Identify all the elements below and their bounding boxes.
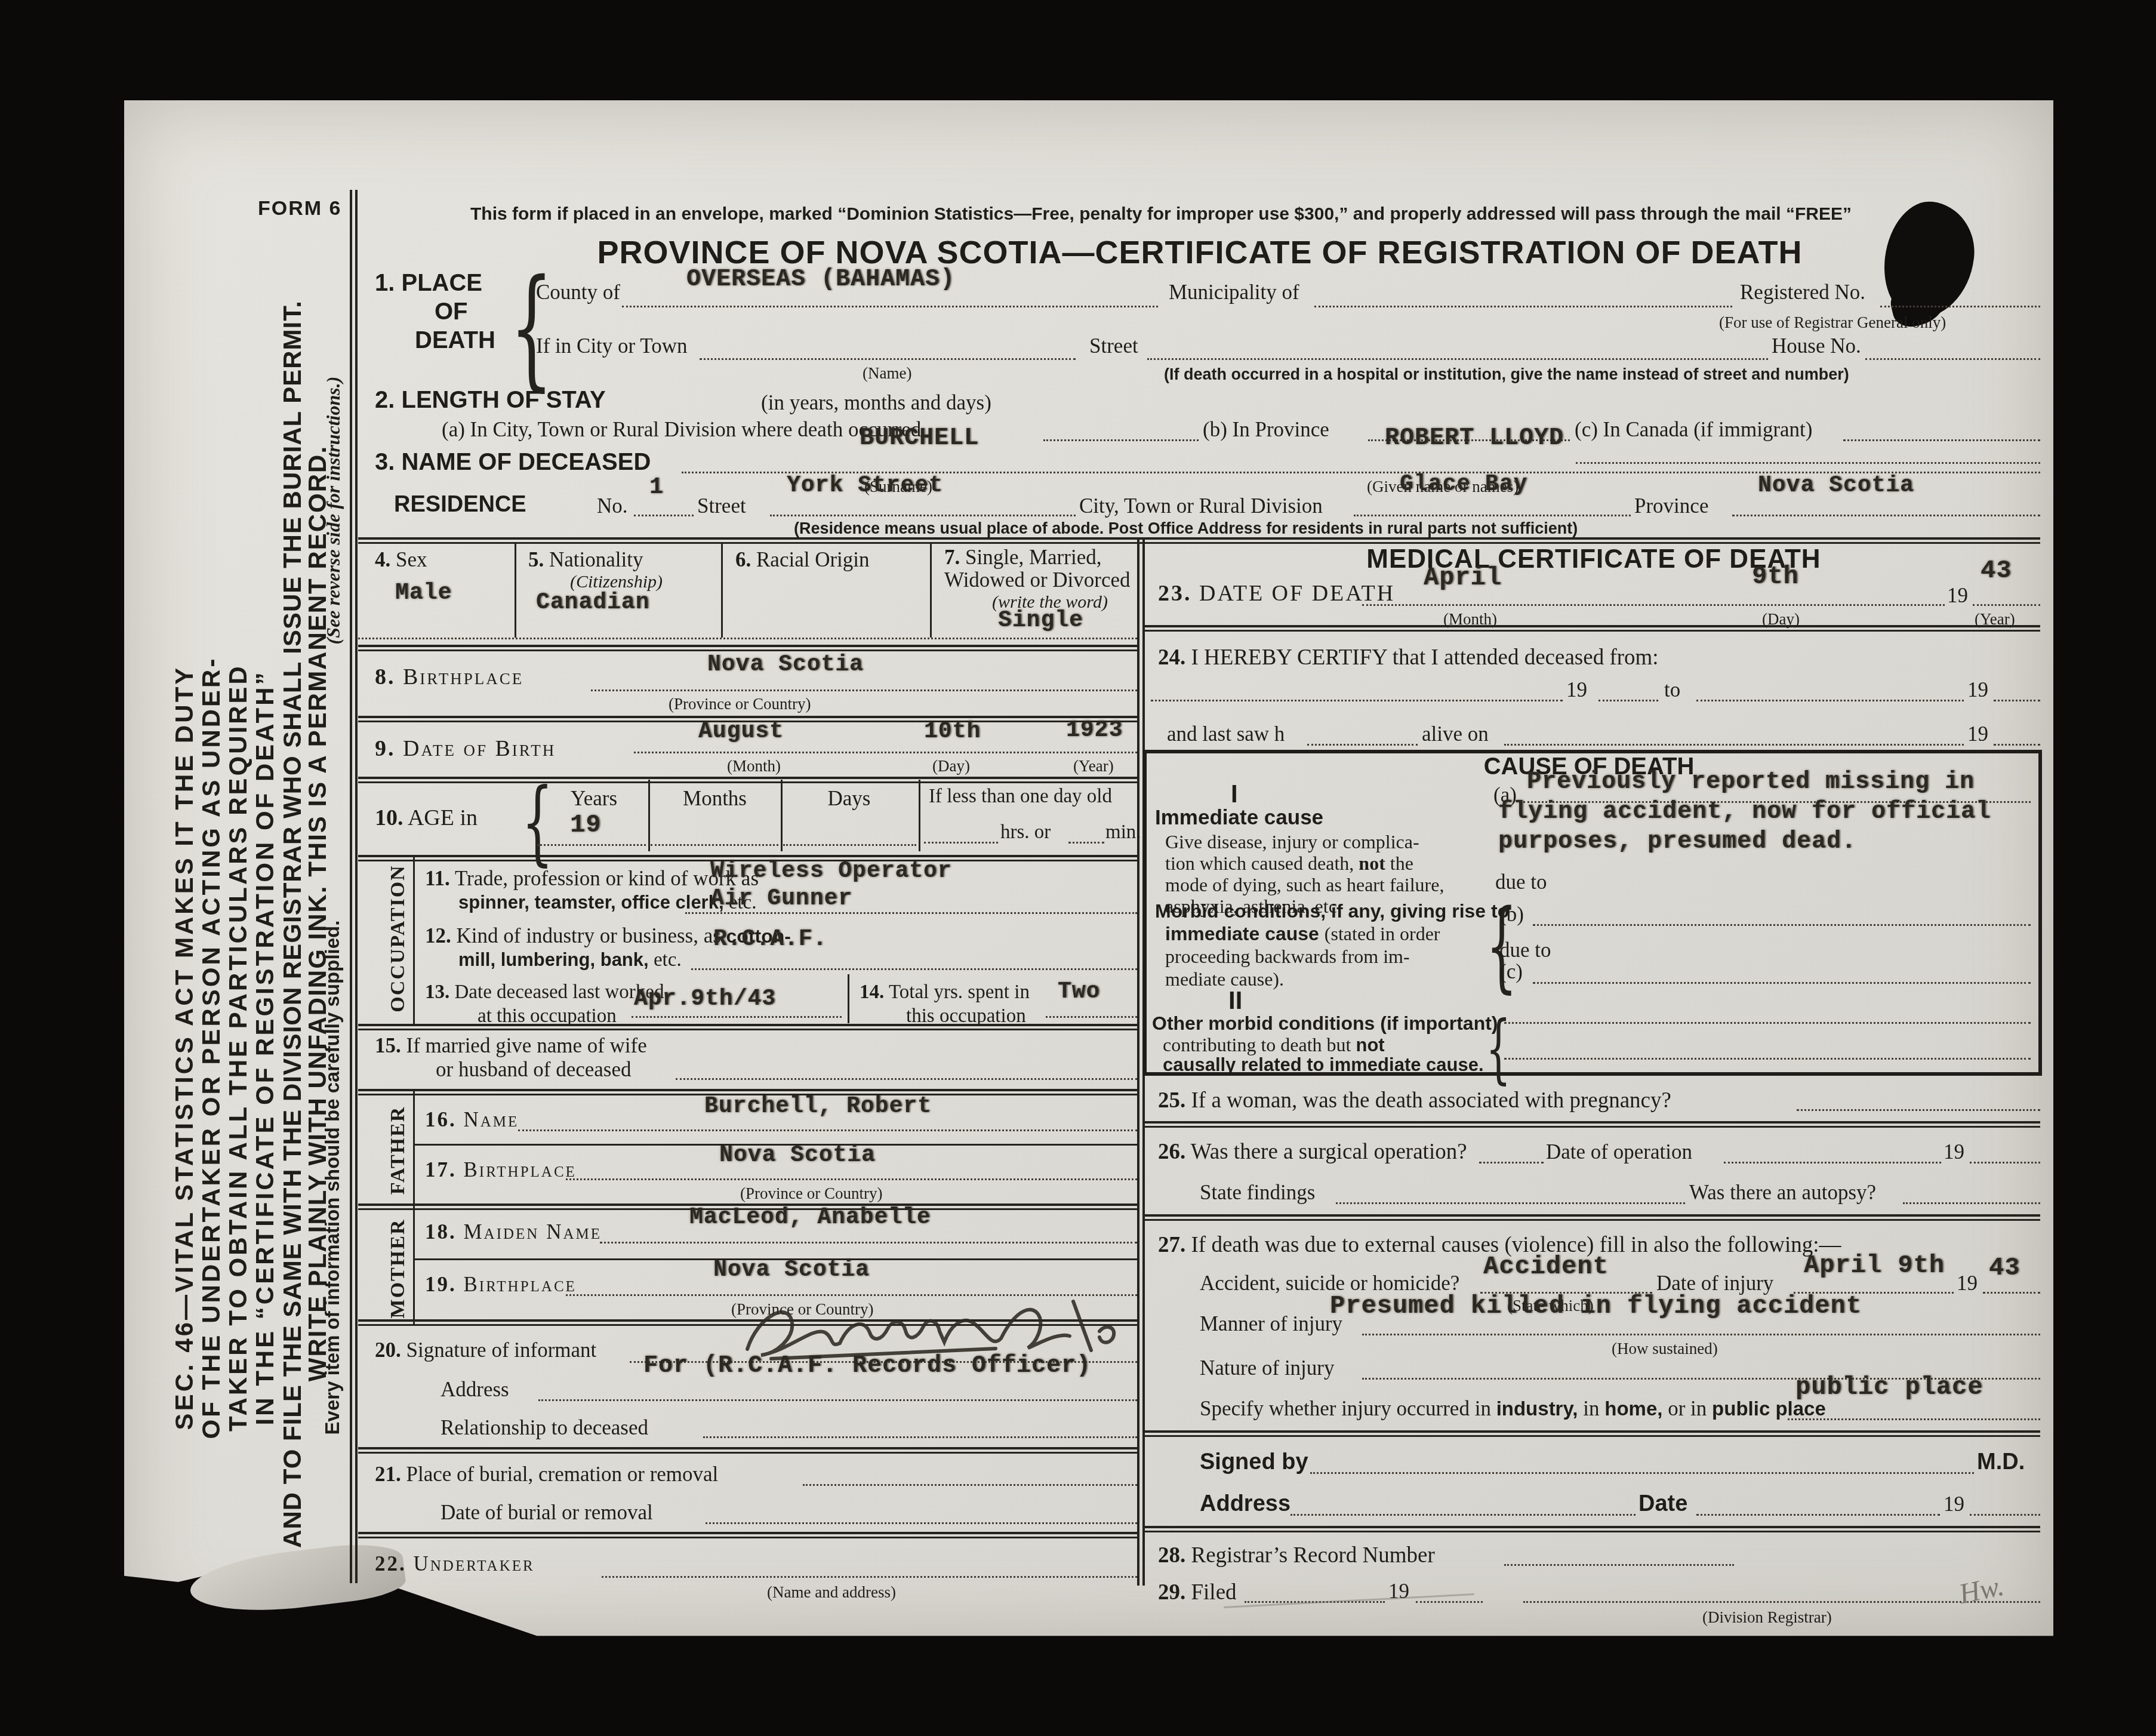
signed-by-line	[1310, 1472, 1974, 1474]
field17-label: 17. Birthplace	[425, 1158, 577, 1182]
field16-label: 16. Name	[425, 1108, 519, 1132]
field8-label: 8. Birthplace	[375, 664, 523, 690]
stay-b-label: (b) In Province	[1203, 418, 1329, 442]
field24-dots5	[1307, 744, 1418, 746]
city-town-label: If in City or Town	[536, 334, 688, 358]
field8-line	[591, 690, 1137, 691]
stay-c-label: (c) In Canada (if immigrant)	[1575, 418, 1812, 442]
field27-dots6	[1788, 1418, 2040, 1420]
cause-morbid-line3: proceeding backwards from im-	[1165, 946, 1410, 968]
father-birthplace-value: Nova Scotia	[719, 1143, 876, 1168]
occupation-divider	[358, 1024, 1137, 1030]
field15-label-line1: 15. If married give name of wife	[375, 1034, 647, 1058]
field24-from-line	[1151, 700, 1563, 701]
registered-no-note: (For use of Registrar General only)	[1719, 313, 1946, 332]
father-group-label: FATHER	[387, 1094, 409, 1207]
field11-line	[685, 912, 1137, 914]
residence-city-value: Glace Bay	[1400, 472, 1527, 497]
cause-dueto2: due to	[1499, 938, 1551, 962]
field9-label: 9. Date of Birth	[375, 735, 556, 762]
age-col-line	[651, 844, 778, 846]
house-no-line	[1865, 358, 2040, 360]
residence-province-label: Province	[1634, 494, 1708, 518]
cause-other-brace: {	[1486, 1006, 1511, 1093]
field24-dots2	[1598, 700, 1658, 701]
sex-value: Male	[395, 580, 452, 606]
field1-label-line3: DEATH	[415, 327, 495, 354]
field5-sub: (Citizenship)	[570, 572, 663, 592]
field14-label-line1: 14. Total yrs. spent in	[860, 981, 1030, 1004]
field24-dots7	[1994, 744, 2040, 746]
sidebar-duty-line4: IN THE “CERTIFICATE OF REGISTRATION OF D…	[251, 567, 279, 1528]
cause-immediate-label: Immediate cause	[1155, 806, 1323, 830]
signed-by-label: Signed by	[1200, 1449, 1308, 1475]
cause-other-line-a	[1504, 1022, 2031, 1024]
trade-value-line1: Wireless Operator	[710, 858, 952, 884]
residence-street-value: York Street	[787, 473, 943, 498]
field24-y1: 19	[1566, 678, 1587, 702]
field14-line	[1046, 1016, 1137, 1018]
occupation-group-label: OCCUPATION	[387, 857, 409, 1020]
field11-label-line1: 11. Trade, profession or kind of work as	[425, 867, 759, 891]
age-hrs-line	[924, 842, 998, 844]
field29-pre: 19	[1388, 1580, 1409, 1603]
age-years-label: Years	[543, 787, 645, 811]
field25-divider	[1145, 1121, 2040, 1128]
residence-city-label: City, Town or Rural Division	[1079, 494, 1323, 518]
field24-dots4	[1994, 700, 2040, 701]
signed-year-line	[1970, 1514, 2040, 1516]
field7-label-line2: Widowed or Divorced	[944, 568, 1131, 592]
field27-specify-label: Specify whether injury occurred in indus…	[1200, 1397, 1826, 1421]
sidebar-duty-line1: SEC. 46—VITAL STATISTICS ACT MAKES IT TH…	[170, 567, 199, 1528]
field27-how-note: (How sustained)	[1612, 1340, 1718, 1358]
field26-divider	[1145, 1214, 2040, 1221]
residence-no-label: No.	[597, 494, 628, 518]
cause-a-value-line2: flying accident, now for official	[1498, 799, 1991, 826]
field22-label: 22. Undertaker	[375, 1552, 535, 1576]
registered-no-label: Registered No.	[1740, 281, 1865, 304]
given-name-value: ROBERT LLOYD	[1385, 425, 1564, 452]
mother-maiden-name-value: MacLeod, Anabelle	[689, 1205, 931, 1230]
residence-note: (Residence means usual place of abode. P…	[794, 519, 1578, 538]
cause-other-line2: contributing to death but not	[1163, 1034, 1385, 1056]
nationality-value: Canadian	[536, 590, 649, 615]
field29-label: 29. Filed	[1158, 1580, 1237, 1605]
form-number: FORM 6	[258, 197, 341, 220]
field26-dots5	[1903, 1202, 2040, 1204]
row4-line	[358, 638, 1137, 639]
field27-nature-label: Nature of injury	[1200, 1356, 1334, 1380]
county-label: County of	[536, 281, 620, 304]
street-label: Street	[1089, 334, 1138, 358]
cause-other-line1: Other morbid conditions (if important)	[1152, 1012, 1498, 1035]
field5-label: 5. Nationality	[528, 548, 643, 572]
specify-value: public place	[1795, 1373, 1983, 1402]
field25-line	[1797, 1109, 2040, 1111]
city-town-line	[700, 358, 1076, 360]
field18-label: 18. Maiden Name	[425, 1220, 602, 1244]
field8-note: (Province or Country)	[669, 695, 811, 713]
form-left-border	[350, 190, 358, 1583]
field26-label: 26. Was there a surgical operation?	[1158, 1139, 1467, 1165]
field26-pre: 19	[1944, 1140, 1964, 1164]
cell-divider	[930, 542, 932, 638]
field27-divider	[1145, 1430, 2040, 1437]
age-min-label: min.	[1105, 821, 1141, 844]
field2-label: 2. LENGTH OF STAY	[375, 387, 606, 414]
sidebar-duty-line5: AND TO FILE THE SAME WITH THE DIVISION R…	[278, 291, 307, 1557]
industry-value: R.C.A.F.	[713, 927, 827, 952]
sidebar-duty-line3: TAKER TO OBTAIN ALL THE PARTICULARS REQU…	[224, 567, 252, 1528]
age-days-label: Days	[788, 787, 910, 811]
division-registrar-note: (Division Registrar)	[1702, 1608, 1832, 1627]
field25-label: 25. If a woman, was the death associated…	[1158, 1088, 1671, 1113]
field12-line	[691, 968, 1137, 970]
age-divider	[648, 780, 650, 851]
cause-a-value-line1: Previously reported missing in	[1527, 769, 1975, 796]
cause-roman-i: I	[1231, 780, 1238, 808]
field20-divider	[358, 1447, 1137, 1454]
residence-line1	[634, 515, 694, 516]
cause-b-line	[1533, 924, 2031, 926]
municipality-line	[1314, 306, 1732, 307]
field24-alive: alive on	[1422, 722, 1489, 746]
registered-no-line	[1880, 306, 2040, 307]
cause-other-line3: causally related to immediate cause.	[1163, 1054, 1484, 1076]
manner-value: Presumed killed in flying accident	[1330, 1292, 1862, 1321]
field20-label: 20. Signature of informant	[375, 1338, 596, 1362]
field27-dots3	[1983, 1292, 2040, 1294]
field26-dots1	[1479, 1162, 1544, 1164]
age-min-line	[1068, 842, 1104, 844]
municipality-label: Municipality of	[1169, 281, 1299, 304]
county-value: OVERSEAS (BAHAMAS)	[686, 266, 955, 293]
cause-b-label: (b)	[1499, 903, 1524, 927]
field24-y2: 19	[1967, 678, 1988, 702]
field23-line	[1362, 604, 1945, 606]
mother-group-label: MOTHER	[387, 1212, 409, 1325]
cause-roman-ii: II	[1228, 986, 1242, 1015]
field27-dots4	[1362, 1334, 2040, 1335]
marital-status-value: Single	[998, 608, 1083, 633]
field13-label-line1: 13. Date deceased last worked	[425, 981, 664, 1004]
page-title: PROVINCE OF NOVA SCOTIA—CERTIFICATE OF R…	[358, 234, 2041, 271]
residence-street-label: Street	[697, 494, 746, 518]
signed-date-label: Date	[1638, 1491, 1687, 1517]
field18-line	[600, 1242, 1137, 1243]
field23-label: 23. DATE OF DEATH	[1158, 580, 1395, 607]
cause-morbid-line1: Morbid conditions, if any, giving rise t…	[1155, 900, 1509, 922]
death-month-value: April	[1424, 564, 1502, 592]
birth-year-value: 1923	[1066, 718, 1123, 743]
cell-divider	[721, 542, 723, 638]
city-town-name-note: (Name)	[863, 364, 911, 383]
field9-day-note: (Day)	[932, 757, 970, 775]
field2-sub: (in years, months and days)	[761, 391, 991, 415]
field27-manner-label: Manner of injury	[1200, 1312, 1342, 1336]
informant-address-line	[538, 1399, 1137, 1401]
stay-a-line	[1043, 439, 1199, 441]
sidebar-duty-line2: OF THE UNDERTAKER OR PERSON ACTING AS UN…	[197, 567, 226, 1528]
mother-birthplace-value: Nova Scotia	[713, 1257, 870, 1283]
total-years-value: Two	[1058, 979, 1100, 1005]
death-year-pre: 19	[1947, 584, 1968, 608]
residence-line3	[1354, 515, 1631, 516]
field26-dots2	[1724, 1162, 1941, 1164]
signed-date-line	[1696, 1514, 1940, 1516]
county-line	[622, 306, 1158, 307]
trade-value-line2: Air Gunner	[710, 886, 852, 912]
age-divider	[781, 780, 783, 851]
field15-label-line2: or husband of deceased	[436, 1058, 632, 1082]
residence-line4	[1732, 515, 2040, 516]
birth-month-value: August	[698, 719, 784, 744]
age-years-value: 19	[570, 811, 601, 839]
mail-notice: This form if placed in an envelope, mark…	[358, 204, 1964, 224]
main-top-divider	[358, 537, 2040, 544]
field24-dots3	[1696, 700, 1964, 701]
field19-label: 19. Birthplace	[425, 1273, 577, 1297]
field1-label-line2: OF	[435, 298, 468, 325]
field13-line	[632, 1016, 842, 1018]
field23-line2	[1973, 604, 2040, 606]
field24-dots6	[1504, 744, 1964, 746]
signed-address-label: Address	[1200, 1491, 1290, 1517]
medical-title: MEDICAL CERTIFICATE OF DEATH	[1158, 544, 2029, 574]
father-name-value: Burchell, Robert	[704, 1094, 932, 1119]
field21-line	[803, 1484, 1137, 1486]
house-no-label: House No.	[1772, 334, 1861, 358]
cause-morbid-line2: immediate cause (stated in order	[1165, 923, 1440, 945]
relationship-line	[703, 1436, 1137, 1438]
age-hrs-label: hrs. or	[1000, 821, 1051, 844]
field15-line	[676, 1078, 1137, 1080]
injury-date-value: April 9th	[1804, 1251, 1945, 1280]
informant-typed-value: For (R.C.A.F. Records Officer)	[643, 1353, 1091, 1380]
field22-line	[602, 1576, 1137, 1578]
age-less-label: If less than one day old	[929, 786, 1112, 808]
field10-label: 10. AGE in	[375, 805, 478, 831]
field28-line	[1504, 1564, 1734, 1566]
field24-label: 24. I HEREBY CERTIFY that I attended dec…	[1158, 645, 1659, 670]
field22-note: (Name and address)	[767, 1583, 896, 1602]
cause-c-label: (c)	[1499, 960, 1523, 984]
field1-brace: {	[510, 251, 553, 403]
informant-address-label: Address	[441, 1378, 509, 1402]
cause-a-value-line3: purposes, presumed dead.	[1498, 829, 1856, 855]
field26-dots4	[1336, 1202, 1685, 1204]
field28-label: 28. Registrar’s Record Number	[1158, 1543, 1435, 1568]
field9-line	[634, 752, 1137, 753]
age-divider	[919, 780, 920, 851]
field16-line	[518, 1129, 1137, 1131]
field4-label: 4. Sex	[375, 548, 427, 572]
signed-pre: 19	[1944, 1492, 1964, 1516]
accident-value: Accident	[1483, 1252, 1609, 1281]
cause-c-line	[1533, 982, 2031, 984]
death-day-value: 9th	[1752, 562, 1799, 591]
field26-dots3	[1970, 1162, 2040, 1164]
cell-divider	[515, 542, 516, 638]
sidebar-see-reverse-note: (See reverse side for instructions.)	[322, 373, 344, 648]
field9-divider	[358, 777, 1137, 783]
field21-label: 21. Place of burial, cremation or remova…	[375, 1463, 718, 1486]
field17-note: (Province or Country)	[740, 1184, 882, 1203]
cause-other-line-b	[1504, 1058, 2031, 1060]
field1-label-line1: 1. PLACE	[375, 270, 482, 297]
death-year-value: 43	[1981, 556, 2012, 585]
field6-label: 6. Racial Origin	[735, 548, 870, 572]
field21-divider	[358, 1532, 1137, 1538]
cause-desc-line2: tion which caused death, not the	[1165, 852, 1413, 875]
last-worked-value: Apr.9th/43	[634, 986, 776, 1012]
birthplace-value: Nova Scotia	[707, 652, 864, 678]
residence-province-value: Nova Scotia	[1758, 473, 1914, 498]
field24-to: to	[1664, 678, 1680, 702]
signed-divider	[1145, 1526, 2040, 1532]
residence-no-value: 1	[649, 475, 664, 500]
age-col-line	[537, 844, 646, 846]
sidebar-every-item-note: Every item of information should be care…	[321, 851, 344, 1504]
field9-year-note: (Year)	[1073, 757, 1114, 775]
signed-md-label: M.D.	[1977, 1449, 2025, 1475]
stay-c-line2	[1576, 462, 2040, 464]
field7-label-line1: 7. Single, Married,	[944, 546, 1101, 570]
cause-desc-line1: Give disease, injury or complica-	[1165, 831, 1419, 853]
field26-autopsy-label: Was there an autopsy?	[1689, 1181, 1876, 1205]
injury-year-value: 43	[1989, 1254, 2020, 1282]
residence-label: RESIDENCE	[394, 492, 526, 518]
age-col-line	[783, 844, 916, 846]
surname-value: BURCHELL	[860, 425, 979, 452]
signed-address-line	[1290, 1514, 1636, 1516]
burial-date-label: Date of burial or removal	[441, 1501, 653, 1525]
cause-morbid-line4: mediate cause).	[1165, 968, 1284, 990]
stay-c-line	[1843, 439, 2040, 441]
age-months-label: Months	[657, 787, 773, 811]
street-line	[1147, 358, 1768, 360]
field24-lastsaw: and last saw h	[1167, 722, 1285, 746]
burial-date-line	[706, 1522, 1137, 1524]
stay-a-label: (a) In City, Town or Rural Division wher…	[442, 418, 921, 442]
hospital-note: (If death occurred in a hospital or inst…	[1164, 365, 1849, 384]
scanned-death-certificate: FORM 6 SEC. 46—VITAL STATISTICS ACT MAKE…	[0, 0, 2156, 1736]
field26-date-label: Date of operation	[1546, 1140, 1692, 1164]
relationship-label: Relationship to deceased	[441, 1416, 648, 1440]
occupation-strip-line	[413, 857, 415, 1024]
field29-dots2	[1416, 1601, 1483, 1603]
row4-divider	[358, 645, 1137, 651]
field3-label: 3. NAME OF DECEASED	[375, 449, 651, 476]
birth-day-value: 10th	[924, 719, 981, 744]
field27-pre: 19	[1957, 1272, 1978, 1295]
field17-line	[566, 1178, 1137, 1180]
cause-desc-line3: mode of dying, such as heart failure,	[1165, 874, 1444, 896]
field23-divider	[1145, 625, 2040, 632]
field24-y3: 19	[1967, 722, 1988, 746]
field13-14-divider	[848, 974, 849, 1023]
field9-month-note: (Month)	[727, 757, 781, 775]
field26-findings-label: State findings	[1200, 1181, 1315, 1205]
residence-line2	[770, 515, 1076, 516]
field12-label-line2: mill, lumbering, bank, etc.	[458, 949, 682, 971]
